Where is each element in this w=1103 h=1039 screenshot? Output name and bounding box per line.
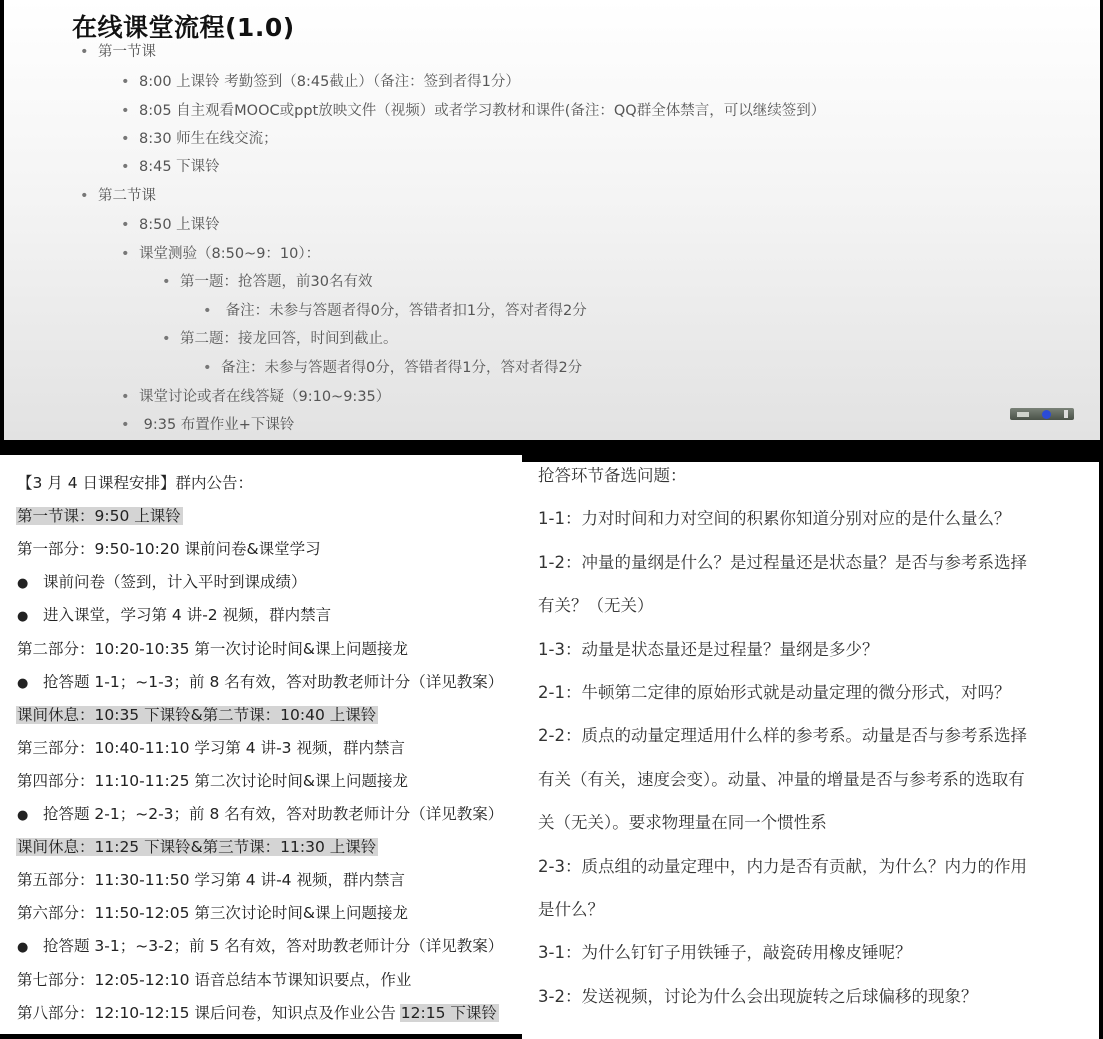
schedule-text: 抢答题 1-1；~1-3；前 8 名有效，答对助教老师计分（详见教案） (43, 673, 503, 691)
slide-title: 在线课堂流程(1.0) (72, 8, 295, 44)
slide-item-level4: • 备注：未参与答题者得0分，答错者扣1分，答对者得2分 (203, 299, 587, 320)
question-line: 2-3：质点组的动量定理中，内力是否有贡献，为什么？内力的作用 (538, 855, 1027, 879)
bullet-dot-icon: ● (17, 805, 43, 827)
question-line: 1-2：冲量的量纲是什么？是过程量还是状态量？是否与参考系选择 (538, 551, 1027, 575)
slide-item-text: 8:50 上课铃 (139, 217, 220, 233)
bullet-icon: • (203, 303, 221, 319)
bullet-dot-icon: ● (17, 673, 43, 695)
schedule-line: 第四部分：11:10-11:25 第二次讨论时间&课上问题接龙 (17, 770, 408, 792)
slide-item-text: 8:45 下课铃 (139, 159, 220, 175)
highlighted-text: 课间休息：11:25 下课铃&第三节课：11:30 上课铃 (16, 838, 378, 856)
schedule-text: 抢答题 3-1；~3-2；前 5 名有效，答对助教老师计分（详见教案） (43, 937, 503, 955)
media-control-bar[interactable] (1010, 408, 1074, 420)
schedule-line: 【3 月 4 日课程安排】群内公告： (17, 472, 253, 494)
schedule-line: 第七部分：12:05-12:10 语音总结本节课知识要点，作业 (17, 969, 411, 991)
slide-item-level2: •8:05 自主观看MOOC或ppt放映文件（视频）或者学习教材和课件(备注：Q… (121, 99, 825, 120)
media-volume-icon[interactable] (1064, 410, 1068, 418)
question-line: 1-1：力对时间和力对空间的积累你知道分别对应的是什么量么？ (538, 507, 1010, 531)
bullet-icon: • (203, 360, 221, 376)
slide-item-level2: •课堂测验（8:50~9：10）： (121, 242, 320, 263)
bullet-icon: • (121, 103, 139, 119)
slide-item-text: 第二题：接龙回答，时间到截止。 (180, 331, 398, 347)
bullet-icon: • (121, 217, 139, 233)
slide-item-text: 课堂讨论或者在线答疑（9:10~9:35） (139, 389, 390, 405)
schedule-text: 第四部分：11:10-11:25 第二次讨论时间&课上问题接龙 (17, 772, 408, 790)
slide-item-level1: •第二节课 (80, 184, 156, 205)
slide-item-text: 8:00 上课铃 考勤签到（8:45截止）（备注：签到者得1分） (139, 74, 520, 90)
slide-item-text: 第二节课 (98, 188, 156, 204)
bullet-icon: • (121, 246, 139, 262)
media-help-icon[interactable] (1042, 410, 1051, 419)
question-line: 3-2：发送视频，讨论为什么会出现旋转之后球偏移的现象？ (538, 985, 977, 1009)
slide-item-level3: •第二题：接龙回答，时间到截止。 (162, 327, 398, 348)
bullet-icon: • (80, 44, 98, 60)
schedule-bullet-item: ●抢答题 1-1；~1-3；前 8 名有效，答对助教老师计分（详见教案） (17, 671, 503, 693)
slide-item-text: 备注：未参与答题者得0分，答错者扣1分，答对者得2分 (221, 303, 587, 319)
media-screen-icon[interactable] (1017, 412, 1029, 417)
bullet-icon: • (162, 274, 180, 290)
slide-item-level2: •8:50 上课铃 (121, 213, 220, 234)
schedule-text: 第六部分：11:50-12:05 第三次讨论时间&课上问题接龙 (17, 904, 408, 922)
bullet-icon: • (121, 159, 139, 175)
schedule-bullet-item: ●进入课堂，学习第 4 讲-2 视频，群内禁言 (17, 604, 331, 626)
slide-item-level2: •课堂讨论或者在线答疑（9:10~9:35） (121, 385, 390, 406)
schedule-text: 进入课堂，学习第 4 讲-2 视频，群内禁言 (43, 606, 331, 624)
schedule-text: 第八部分：12:10-12:15 课后问卷，知识点及作业公告 (17, 1004, 401, 1022)
schedule-text: 第一部分：9:50-10:20 课前问卷&课堂学习 (17, 540, 321, 558)
slide-item-level2: •8:30 师生在线交流； (121, 127, 278, 148)
question-line: 关（无关）。要求物理量在同一个惯性系 (538, 811, 827, 835)
schedule-text: 第五部分：11:30-11:50 学习第 4 讲-4 视频，群内禁言 (17, 871, 405, 889)
bullet-icon: • (121, 417, 139, 433)
slide-panel: 在线课堂流程(1.0) •第一节课•8:00 上课铃 考勤签到（8:45截止）（… (4, 0, 1100, 440)
question-line: 有关？（无关） (538, 594, 654, 618)
bullet-dot-icon: ● (17, 937, 43, 959)
schedule-text: 第三部分：10:40-11:10 学习第 4 讲-3 视频，群内禁言 (17, 739, 405, 757)
question-line: 2-2：质点的动量定理适用什么样的参考系。动量是否与参考系选择 (538, 724, 1027, 748)
schedule-line: 第一部分：9:50-10:20 课前问卷&课堂学习 (17, 538, 321, 560)
question-line: 有关（有关，速度会变）。动量、冲量的增量是否与参考系的选取有 (538, 768, 1025, 792)
schedule-text: 第二部分：10:20-10:35 第一次讨论时间&课上问题接龙 (17, 640, 408, 658)
slide-item-text: 8:30 师生在线交流； (139, 131, 278, 147)
schedule-text: 课前问卷（签到，计入平时到课成绩） (43, 573, 307, 591)
slide-item-level2: •8:00 上课铃 考勤签到（8:45截止）（备注：签到者得1分） (121, 70, 520, 91)
slide-item-text: 第一节课 (98, 44, 156, 60)
questions-document: 抢答环节备选问题：1-1：力对时间和力对空间的积累你知道分别对应的是什么量么？1… (522, 462, 1099, 1039)
slide-item-level1: •第一节课 (80, 40, 156, 61)
schedule-line-last: 第八部分：12:10-12:15 课后问卷，知识点及作业公告 12:15 下课铃 (17, 1002, 499, 1024)
schedule-line: 第三部分：10:40-11:10 学习第 4 讲-3 视频，群内禁言 (17, 737, 405, 759)
question-line: 是什么？ (538, 898, 604, 922)
schedule-bullet-item: ●抢答题 2-1；~2-3；前 8 名有效，答对助教老师计分（详见教案） (17, 803, 503, 825)
question-line: 1-3：动量是状态量还是过程量？量纲是多少？ (538, 638, 878, 662)
schedule-document: 【3 月 4 日课程安排】群内公告：第一节课：9:50 上课铃第一部分：9:50… (0, 455, 522, 1034)
highlighted-text: 第一节课：9:50 上课铃 (16, 507, 183, 525)
schedule-text: 第七部分：12:05-12:10 语音总结本节课知识要点，作业 (17, 971, 411, 989)
slide-item-level4: •备注：未参与答题者得0分，答错者得1分，答对者得2分 (203, 356, 582, 377)
bullet-icon: • (80, 188, 98, 204)
highlighted-text: 课间休息：10:35 下课铃&第二节课：10:40 上课铃 (16, 706, 378, 724)
question-line: 2-1：牛顿第二定律的原始形式就是动量定理的微分形式，对吗？ (538, 681, 1010, 705)
slide-item-level2: •8:45 下课铃 (121, 155, 220, 176)
schedule-line: 课间休息：10:35 下课铃&第二节课：10:40 上课铃 (17, 704, 378, 726)
bullet-dot-icon: ● (17, 573, 43, 595)
questions-heading: 抢答环节备选问题： (538, 464, 687, 488)
schedule-line: 第一节课：9:50 上课铃 (17, 505, 183, 527)
schedule-bullet-item: ●抢答题 3-1；~3-2；前 5 名有效，答对助教老师计分（详见教案） (17, 935, 503, 957)
bullet-icon: • (121, 389, 139, 405)
schedule-line: 第五部分：11:30-11:50 学习第 4 讲-4 视频，群内禁言 (17, 869, 405, 891)
schedule-text: 抢答题 2-1；~2-3；前 8 名有效，答对助教老师计分（详见教案） (43, 805, 503, 823)
slide-item-level2: • 9:35 布置作业+下课铃 (121, 413, 294, 434)
bullet-icon: • (121, 131, 139, 147)
schedule-text: 【3 月 4 日课程安排】群内公告： (17, 474, 253, 492)
slide-item-text: 备注：未参与答题者得0分，答错者得1分，答对者得2分 (221, 360, 582, 376)
slide-item-text: 课堂测验（8:50~9：10）： (139, 246, 320, 262)
bullet-icon: • (121, 74, 139, 90)
highlighted-text: 12:15 下课铃 (400, 1004, 499, 1022)
bullet-icon: • (162, 331, 180, 347)
slide-item-level3: •第一题：抢答题，前30名有效 (162, 270, 372, 291)
question-line: 3-1：为什么钉钉子用铁锤子，敲瓷砖用橡皮锤呢？ (538, 941, 911, 965)
bullet-dot-icon: ● (17, 606, 43, 628)
schedule-line: 课间休息：11:25 下课铃&第三节课：11:30 上课铃 (17, 836, 378, 858)
slide-item-text: 第一题：抢答题，前30名有效 (180, 274, 372, 290)
schedule-bullet-item: ●课前问卷（签到，计入平时到课成绩） (17, 571, 307, 593)
schedule-line: 第六部分：11:50-12:05 第三次讨论时间&课上问题接龙 (17, 902, 408, 924)
slide-item-text: 9:35 布置作业+下课铃 (139, 417, 294, 433)
slide-item-text: 8:05 自主观看MOOC或ppt放映文件（视频）或者学习教材和课件(备注：QQ… (139, 103, 825, 119)
schedule-line: 第二部分：10:20-10:35 第一次讨论时间&课上问题接龙 (17, 638, 408, 660)
